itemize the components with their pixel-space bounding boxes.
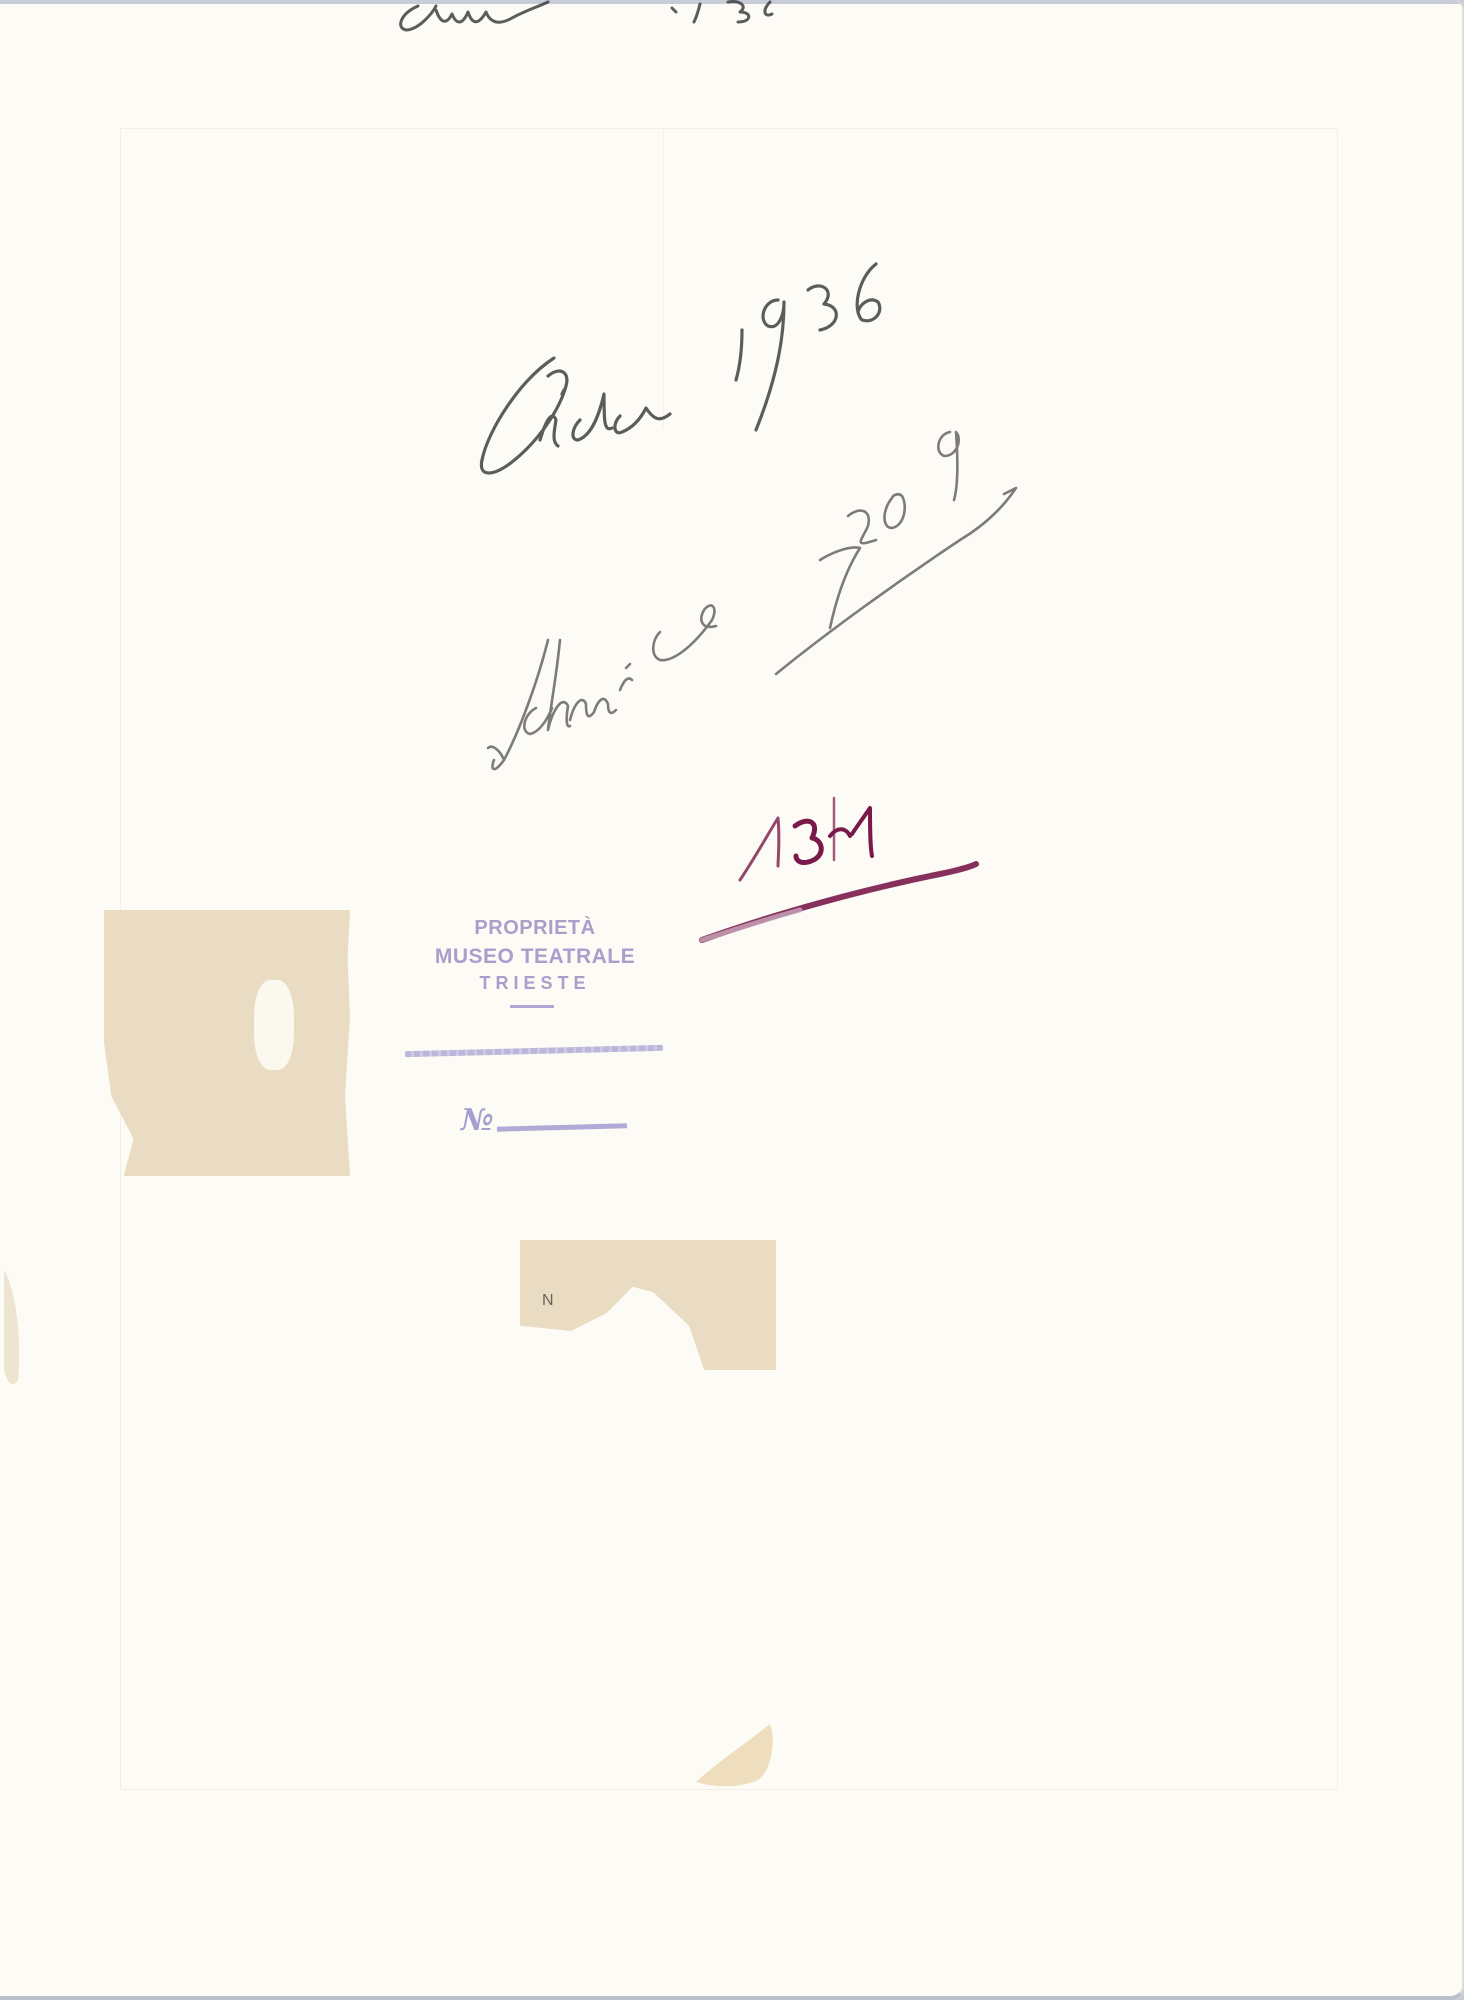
stamp-number-line bbox=[497, 1123, 627, 1131]
stamp-line-2: MUSEO TEATRALE bbox=[405, 945, 665, 969]
inventory-1341-handwriting bbox=[702, 798, 976, 940]
residue-text: N bbox=[542, 1292, 554, 1310]
museum-stamp: PROPRIETÀ MUSEO TEATRALE TRIESTE № bbox=[405, 905, 665, 1145]
stamp-line-3: TRIESTE bbox=[405, 973, 665, 994]
stamp-line-1: PROPRIETÀ bbox=[405, 917, 665, 940]
stamp-number-label: № bbox=[461, 1103, 494, 1138]
stamp-divider bbox=[510, 1005, 554, 1008]
schmidt-7209-handwriting bbox=[488, 432, 1016, 769]
photo-verso: Aida 1936 Aida 1936 Schmidt 7209 1341 bbox=[0, 0, 1464, 2000]
paper-residue-left bbox=[104, 910, 350, 1176]
top-cropped-handwriting bbox=[401, 2, 772, 30]
paper-stain bbox=[696, 1724, 773, 1786]
aida-1936-handwriting bbox=[481, 264, 879, 473]
stamp-rule bbox=[405, 1045, 663, 1057]
